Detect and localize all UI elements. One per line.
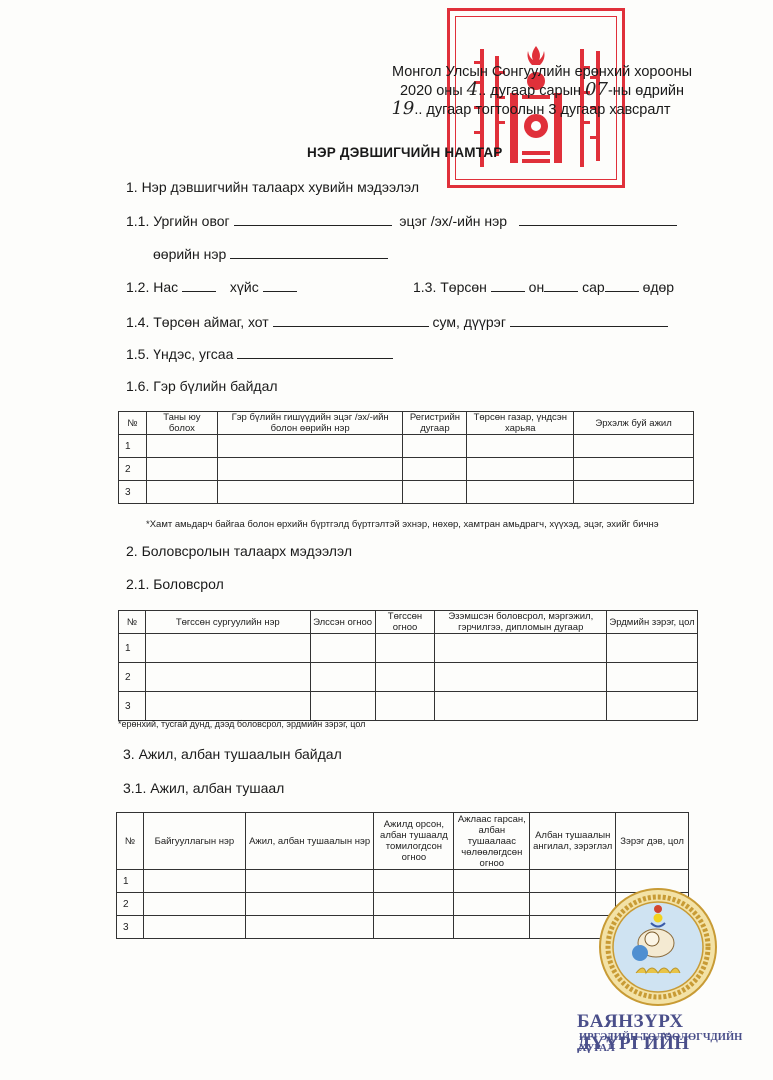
table-cell[interactable] <box>454 870 530 893</box>
table-cell[interactable] <box>403 435 467 458</box>
table-cell[interactable] <box>146 458 217 481</box>
ethnicity-field[interactable] <box>237 357 393 359</box>
own-name-field[interactable] <box>230 257 388 259</box>
table-row: 2 <box>119 458 694 481</box>
col-header: Албан тушаалын ангилал, зэрэглэл <box>530 813 616 870</box>
field-1-3-row: 1.3. Төрсөн он сар өдөр <box>413 279 674 295</box>
district-emblem-icon <box>598 887 718 1007</box>
table-cell[interactable] <box>245 893 374 916</box>
clan-name-field[interactable] <box>234 224 392 226</box>
col-header: Төгссөн сургуулийн нэр <box>145 611 310 634</box>
table-cell[interactable] <box>145 692 310 721</box>
table-cell[interactable] <box>467 481 574 504</box>
table-cell[interactable] <box>607 692 698 721</box>
col-header: Зэрэг дэв, цол <box>616 813 689 870</box>
section-1-6-heading: 1.6. Гэр бүлийн байдал <box>126 378 278 394</box>
table-cell[interactable] <box>143 893 245 916</box>
field-1-5-row: 1.5. Үндэс, угсаа <box>126 346 393 362</box>
col-header: Эрдмийн зэрэг, цол <box>607 611 698 634</box>
table-cell[interactable] <box>145 663 310 692</box>
col-header: Таны юу болох <box>146 412 217 435</box>
table-row: 3 <box>119 481 694 504</box>
annex-line-1: Монгол Улсын Сонгуулийн ерөнхий хорооны <box>372 64 712 81</box>
table-cell[interactable] <box>403 458 467 481</box>
table-cell[interactable] <box>467 458 574 481</box>
table-cell[interactable] <box>245 870 374 893</box>
table-cell[interactable] <box>374 893 454 916</box>
table-row: 2 <box>119 663 698 692</box>
field-1-1-row: 1.1. Ургийн овог эцэг /эх/-ийн нэр <box>126 213 677 229</box>
table-cell[interactable] <box>310 692 375 721</box>
col-header: № <box>117 813 144 870</box>
table-cell[interactable] <box>374 916 454 939</box>
table-cell[interactable] <box>574 458 694 481</box>
table-cell[interactable] <box>375 663 435 692</box>
table-cell[interactable] <box>454 893 530 916</box>
section-2-heading: 2. Боловсролын талаарх мэдээлэл <box>126 543 352 559</box>
table-row: 1 <box>119 634 698 663</box>
birth-district-field[interactable] <box>510 325 668 327</box>
family-footnote: *Хамт амьдарч байгаа болон өрхийн бүртгэ… <box>146 519 659 530</box>
table-cell[interactable] <box>574 435 694 458</box>
section-3-1-heading: 3.1. Ажил, албан тушаал <box>123 780 284 796</box>
organization-subtitle: ИРГЭДИЙН ТӨЛӨӨЛӨГЧДИЙН ХУРАЛ <box>579 1032 773 1054</box>
col-header: Эзэмшсэн боловсрол, мэргэжил, гэрчилгээ,… <box>435 611 607 634</box>
table-cell[interactable] <box>143 870 245 893</box>
table-cell[interactable] <box>375 634 435 663</box>
section-1-heading: 1. Нэр дэвшигчийн талаарх хувийн мэдээлэ… <box>126 179 419 195</box>
table-cell[interactable] <box>310 663 375 692</box>
table-cell[interactable] <box>146 481 217 504</box>
handwritten-month: 4 <box>467 79 478 100</box>
education-footnote: *ерөнхий, тусгай дунд, дээд боловсрол, э… <box>118 719 365 729</box>
table-cell[interactable] <box>145 634 310 663</box>
col-header: Элссэн огноо <box>310 611 375 634</box>
table-cell[interactable] <box>435 663 607 692</box>
annex-note: Монгол Улсын Сонгуулийн ерөнхий хорооны … <box>372 64 712 119</box>
table-row: 3 <box>119 692 698 721</box>
table-cell[interactable] <box>143 916 245 939</box>
col-header: Ажилд орсон, албан тушаалд томилогдсон о… <box>374 813 454 870</box>
col-header: Эрхэлж буй ажил <box>574 412 694 435</box>
col-header: Гэр бүлийн гишүүдийн эцэг /эх/-ийн болон… <box>217 412 403 435</box>
table-cell[interactable] <box>454 916 530 939</box>
table-row: 1 <box>119 435 694 458</box>
col-header: Регистрийн дугаар <box>403 412 467 435</box>
table-cell[interactable] <box>217 481 403 504</box>
col-header: № <box>119 412 147 435</box>
field-own-name-row: өөрийн нэр <box>153 246 388 262</box>
birth-month-field[interactable] <box>544 290 578 292</box>
col-header: Төрсөн газар, үндсэн харьяа <box>467 412 574 435</box>
table-cell[interactable] <box>375 692 435 721</box>
field-1-4-row: 1.4. Төрсөн аймаг, хот сум, дүүрэг <box>126 314 668 330</box>
section-2-1-heading: 2.1. Боловсрол <box>126 576 224 592</box>
table-cell[interactable] <box>467 435 574 458</box>
annex-line-3: 19.. дугаар тогтоолын 3 дугаар хавсралт <box>350 100 712 119</box>
table-cell[interactable] <box>217 435 403 458</box>
field-1-2-row: 1.2. Нас хүйс <box>126 279 297 295</box>
table-cell[interactable] <box>435 634 607 663</box>
col-header: Байгууллагын нэр <box>143 813 245 870</box>
sex-field[interactable] <box>263 290 297 292</box>
page-title: НЭР ДЭВШИГЧИЙН НАМТАР <box>307 145 503 160</box>
table-cell[interactable] <box>374 870 454 893</box>
birth-year-field[interactable] <box>491 290 525 292</box>
table-cell[interactable] <box>435 692 607 721</box>
age-field[interactable] <box>182 290 216 292</box>
table-cell[interactable] <box>607 663 698 692</box>
handwritten-day: 07 <box>585 79 608 100</box>
section-3-heading: 3. Ажил, албан тушаалын байдал <box>123 746 342 762</box>
table-cell[interactable] <box>607 634 698 663</box>
col-header: Төгссөн огноо <box>375 611 435 634</box>
annex-line-2: 2020 оны 4.. дугаар сарын 07-ны өдрийн <box>372 81 712 100</box>
table-cell[interactable] <box>146 435 217 458</box>
col-header: № <box>119 611 146 634</box>
table-cell[interactable] <box>310 634 375 663</box>
handwritten-resolution-number: 19 <box>391 98 414 119</box>
education-table: № Төгссөн сургуулийн нэр Элссэн огноо Тө… <box>118 610 698 721</box>
table-cell[interactable] <box>574 481 694 504</box>
birth-day-field[interactable] <box>605 290 639 292</box>
table-cell[interactable] <box>217 458 403 481</box>
birth-province-field[interactable] <box>273 325 429 327</box>
table-cell[interactable] <box>403 481 467 504</box>
parent-name-field[interactable] <box>519 224 677 226</box>
family-table: № Таны юу болох Гэр бүлийн гишүүдийн эцэ… <box>118 411 694 504</box>
col-header: Ажлаас гарсан, албан тушаалаас чөлөөлөгд… <box>454 813 530 870</box>
table-cell[interactable] <box>245 916 374 939</box>
col-header: Ажил, албан тушаалын нэр <box>245 813 374 870</box>
